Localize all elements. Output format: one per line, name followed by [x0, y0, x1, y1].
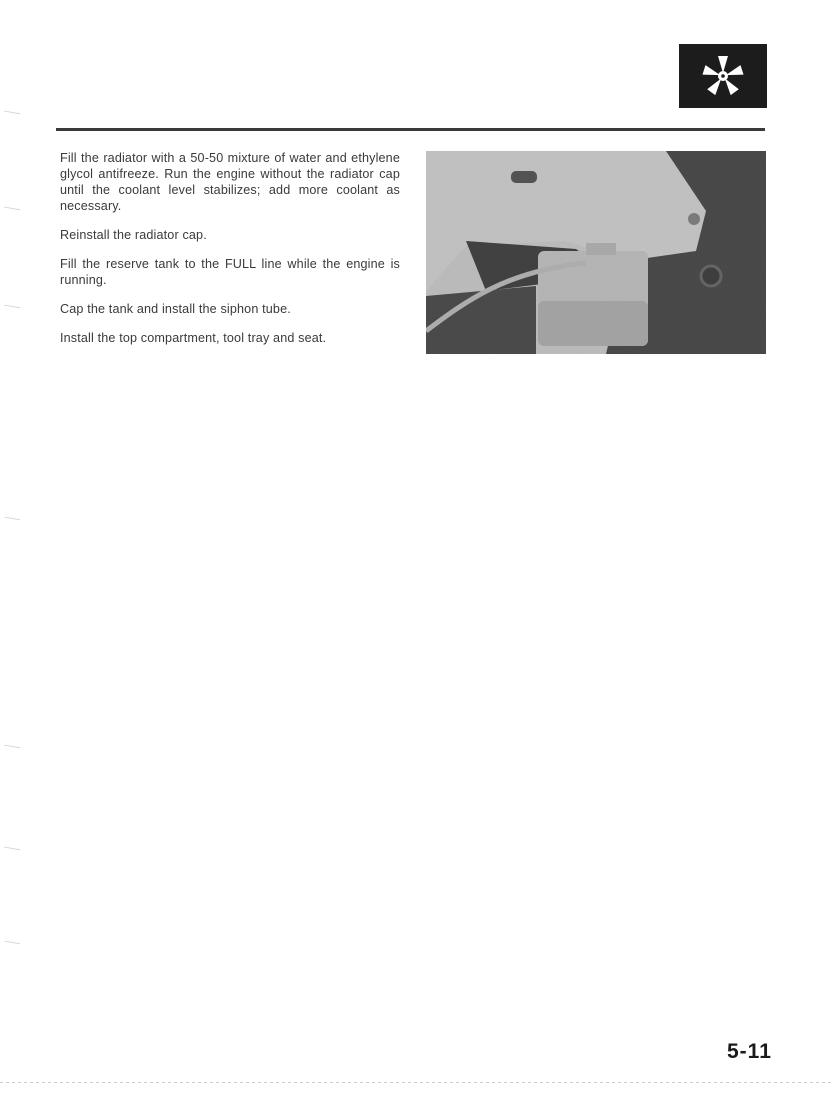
photo-illustration — [426, 151, 766, 354]
cooling-fan-icon — [699, 52, 747, 100]
header-rule — [56, 128, 765, 131]
instruction-install-compartment: Install the top compartment, tool tray a… — [60, 330, 400, 346]
instruction-reinstall-cap: Reinstall the radiator cap. — [60, 227, 400, 243]
binder-mark — [4, 517, 21, 525]
binder-mark — [4, 111, 21, 119]
binder-mark — [4, 207, 21, 215]
binder-mark — [4, 305, 21, 313]
instruction-cap-tank: Cap the tank and install the siphon tube… — [60, 301, 400, 317]
binder-mark — [4, 941, 21, 949]
section-icon-cooling-system — [679, 44, 767, 108]
instructions: Fill the radiator with a 50-50 mixture o… — [60, 150, 400, 359]
binder-mark — [4, 847, 21, 855]
reserve-tank-photo — [426, 151, 766, 354]
page-number: 5-11 — [727, 1040, 772, 1064]
bottom-scan-edge — [0, 1082, 832, 1083]
instruction-fill-reserve: Fill the reserve tank to the FULL line w… — [60, 256, 400, 288]
instruction-fill-radiator: Fill the radiator with a 50-50 mixture o… — [60, 150, 400, 214]
binder-mark — [4, 745, 21, 753]
